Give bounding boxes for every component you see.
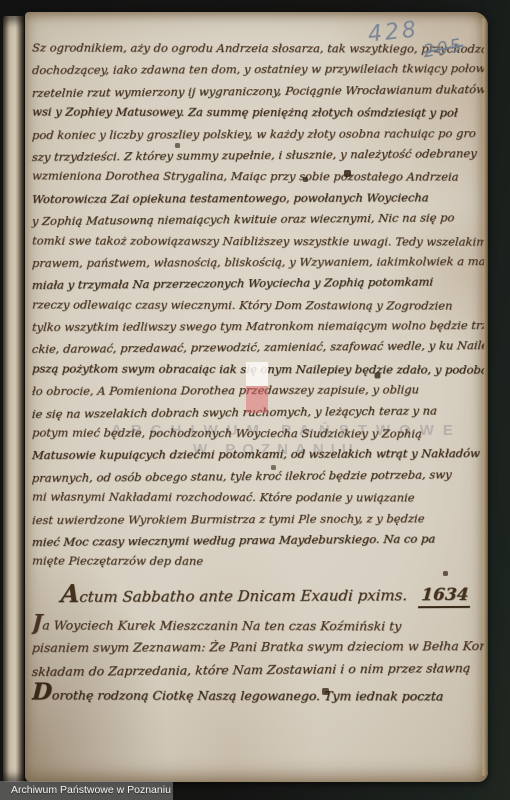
manuscript-page: ARCHIWUM PAŃSTWOWE W POZNANIU Sz ogrodni… xyxy=(25,12,488,782)
dating-text: Actum Sabbatho ante Dnicam Exaudi pxims. xyxy=(60,586,408,606)
manuscript-line: pod koniec y liczby groszliey polskiey, … xyxy=(31,123,485,146)
scan-viewport: ARCHIWUM PAŃSTWOWE W POZNANIU Sz ogrodni… xyxy=(0,0,510,800)
annotation-marker-white xyxy=(246,362,268,386)
manuscript-line: mi własnymi Nakładami rozchodować. Które… xyxy=(31,487,484,510)
manuscript-line: pisaniem swym Zeznawam: Że Pani Bratka s… xyxy=(31,634,485,659)
manuscript-line: potym mieć będzie, pochodzonych Woyciech… xyxy=(31,422,484,445)
manuscript-line: prawnych, od osób obcego stanu, tyle kro… xyxy=(31,464,485,489)
manuscript-line: rzeczy odlewaiąc czasy wiecznymi. Który … xyxy=(31,294,484,317)
manuscript-line: rzetelnie rzut wymierzony ij wygraniczon… xyxy=(31,79,485,104)
manuscript-line: wsi y Zophiey Matusowey. Za summę pienię… xyxy=(31,102,484,125)
previous-page-edge xyxy=(3,16,24,782)
dating-year: 1634 xyxy=(418,585,471,608)
manuscript-line: Ja Woyciech Kurek Mieszczanin Na ten cza… xyxy=(31,611,484,635)
manuscript-line: szy trzydzieści. Z którey summy zupełnie… xyxy=(31,143,485,168)
manuscript-line: tomki swe takoż zobowiązawszy Naibliższe… xyxy=(31,230,484,253)
manuscript-line: składam do Zaprzedania, które Nam Zostaw… xyxy=(31,656,485,683)
closing-text-block: Ja Woyciech Kurek Mieszczanin Na ten cza… xyxy=(32,612,484,704)
annotation-marker-pink xyxy=(246,386,268,413)
archive-caption-text: Archiwum Państwowe w Poznaniu xyxy=(11,784,171,796)
manuscript-line: dochodzącey, iako zdawna ten dom, y osta… xyxy=(31,58,485,81)
manuscript-line: ckie, darować, przedawać, przewodzić, za… xyxy=(31,335,485,360)
manuscript-line: Dorothę rodzoną Ciotkę Naszą legowanego.… xyxy=(31,680,484,704)
manuscript-line: miała y trzymała Na przerzeczonych Woyci… xyxy=(31,271,485,296)
manuscript-line: wzmieniona Dorothea Strygalina, Maiąc pr… xyxy=(31,166,484,189)
manuscript-line: iest uwierdzone Wyrokiem Burmistrza z ty… xyxy=(31,508,485,531)
manuscript-line: Wotorowicza Zai opiekuna testamentowego,… xyxy=(31,187,485,210)
archive-caption-bar: Archiwum Państwowe w Poznaniu xyxy=(0,781,173,800)
manuscript-line: mięte Pieczętarzów dep dane xyxy=(31,551,484,574)
manuscript-line: Matusowie kupuiących dziećmi potomkami, … xyxy=(31,443,485,466)
ink-blots xyxy=(25,12,26,13)
dating-line: Actum Sabbatho ante Dnicam Exaudi pxims.… xyxy=(60,577,482,608)
page-number-pencil: 428 xyxy=(367,17,420,47)
handwritten-text-block: Sz ogrodnikiem, aży do ogrodu Andrzeia s… xyxy=(32,38,484,573)
manuscript-line: y Zophią Matusowną niemaiących kwituie o… xyxy=(31,207,485,232)
manuscript-line: mieć Moc czasy wiecznymi według prawa Ma… xyxy=(31,528,485,553)
